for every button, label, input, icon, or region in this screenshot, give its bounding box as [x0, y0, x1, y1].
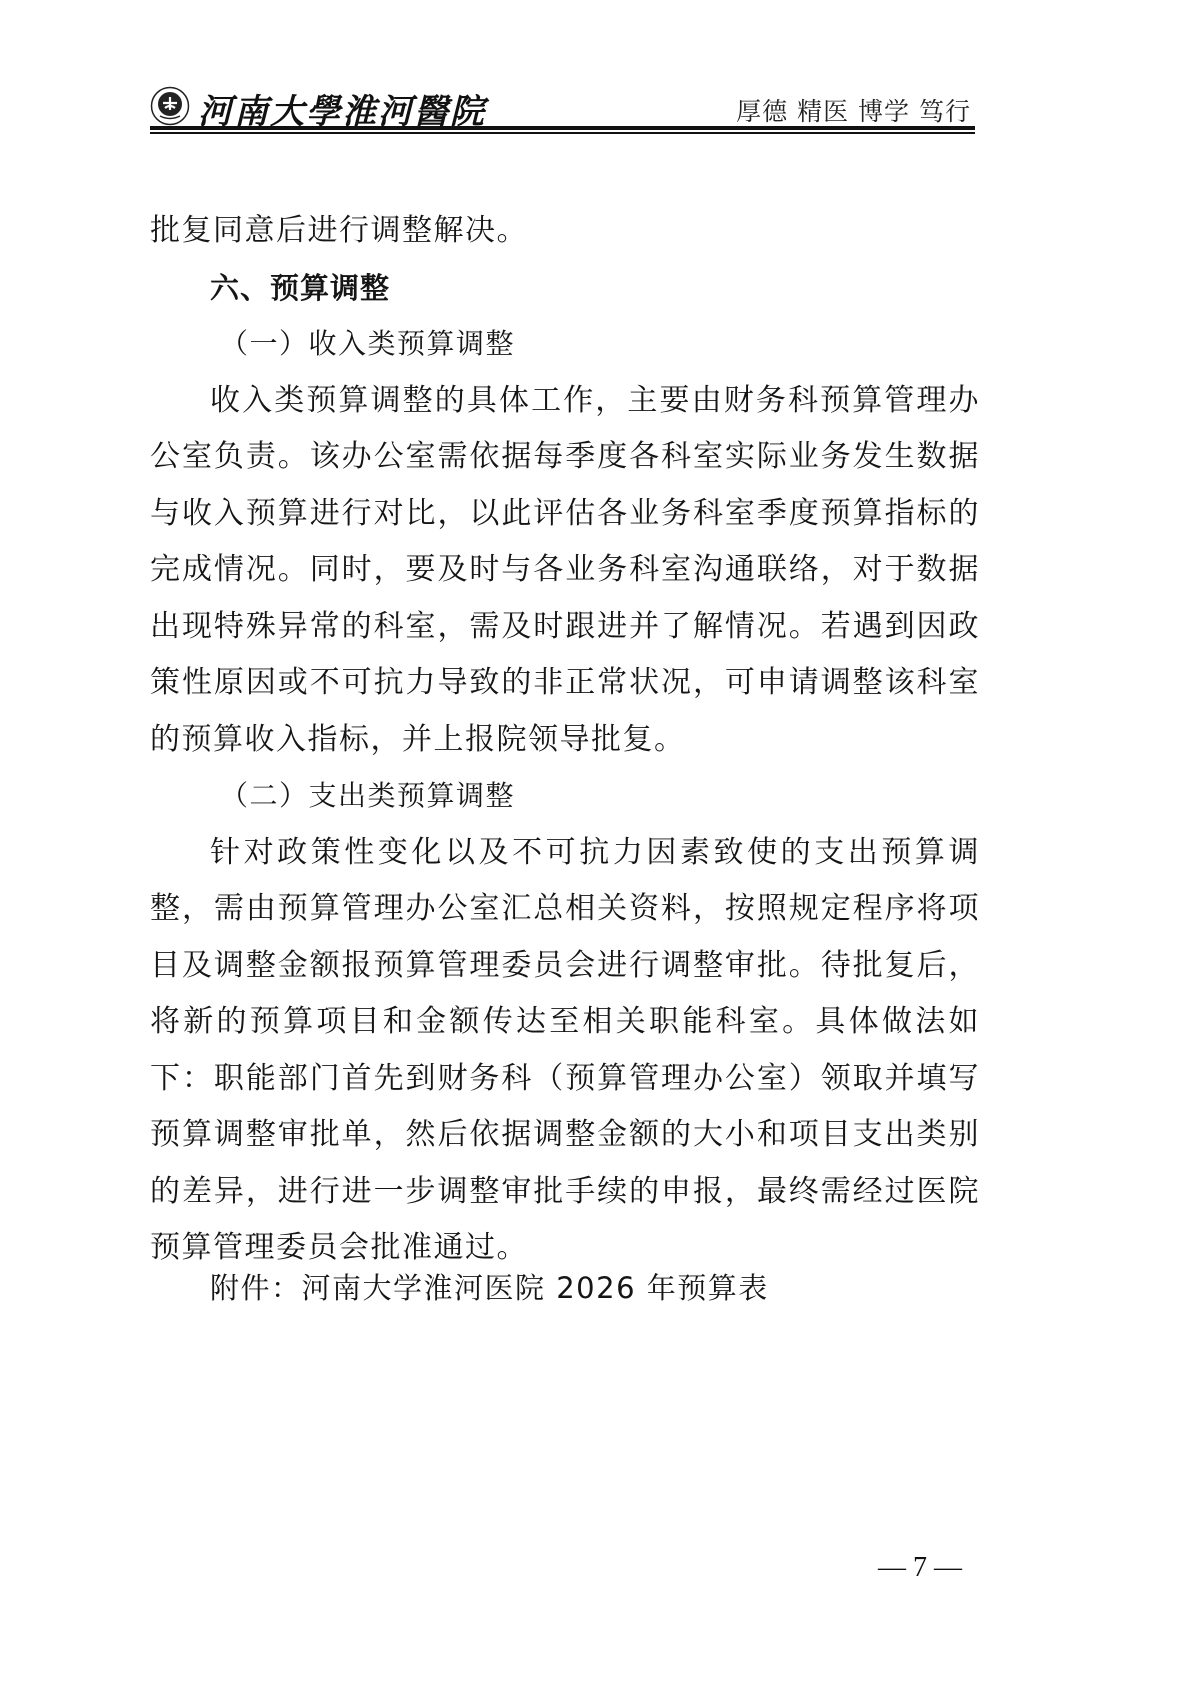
income-adjustment-paragraph: 收入类预算调整的具体工作，主要由财务科预算管理办公室负责。该办公室需依据每季度各…: [150, 373, 980, 769]
header-rule-thin: [150, 132, 975, 134]
expense-adjustment-paragraph: 针对政策性变化以及不可抗力因素致使的支出预算调整，需由预算管理办公室汇总相关资料…: [150, 825, 980, 1277]
attachment-note: 附件：河南大学淮河医院 2026 年预算表: [210, 1266, 769, 1307]
subsection-heading-expense: （二）支出类预算调整: [150, 768, 980, 825]
continuation-paragraph: 批复同意后进行调整解决。: [150, 203, 980, 260]
hospital-motto: 厚德 精医 博学 笃行: [736, 92, 971, 128]
hospital-emblem-icon: [150, 86, 190, 126]
page-number: — 7 —: [878, 1552, 962, 1584]
section-heading: 六、预算调整: [150, 260, 980, 317]
subsection-heading-income: （一）收入类预算调整: [150, 316, 980, 373]
header-rule-thick: [150, 126, 975, 130]
document-body: 批复同意后进行调整解决。 六、预算调整 （一）收入类预算调整 收入类预算调整的具…: [150, 203, 980, 1277]
page-header: 河南大學淮河醫院 厚德 精医 博学 笃行: [150, 82, 975, 142]
